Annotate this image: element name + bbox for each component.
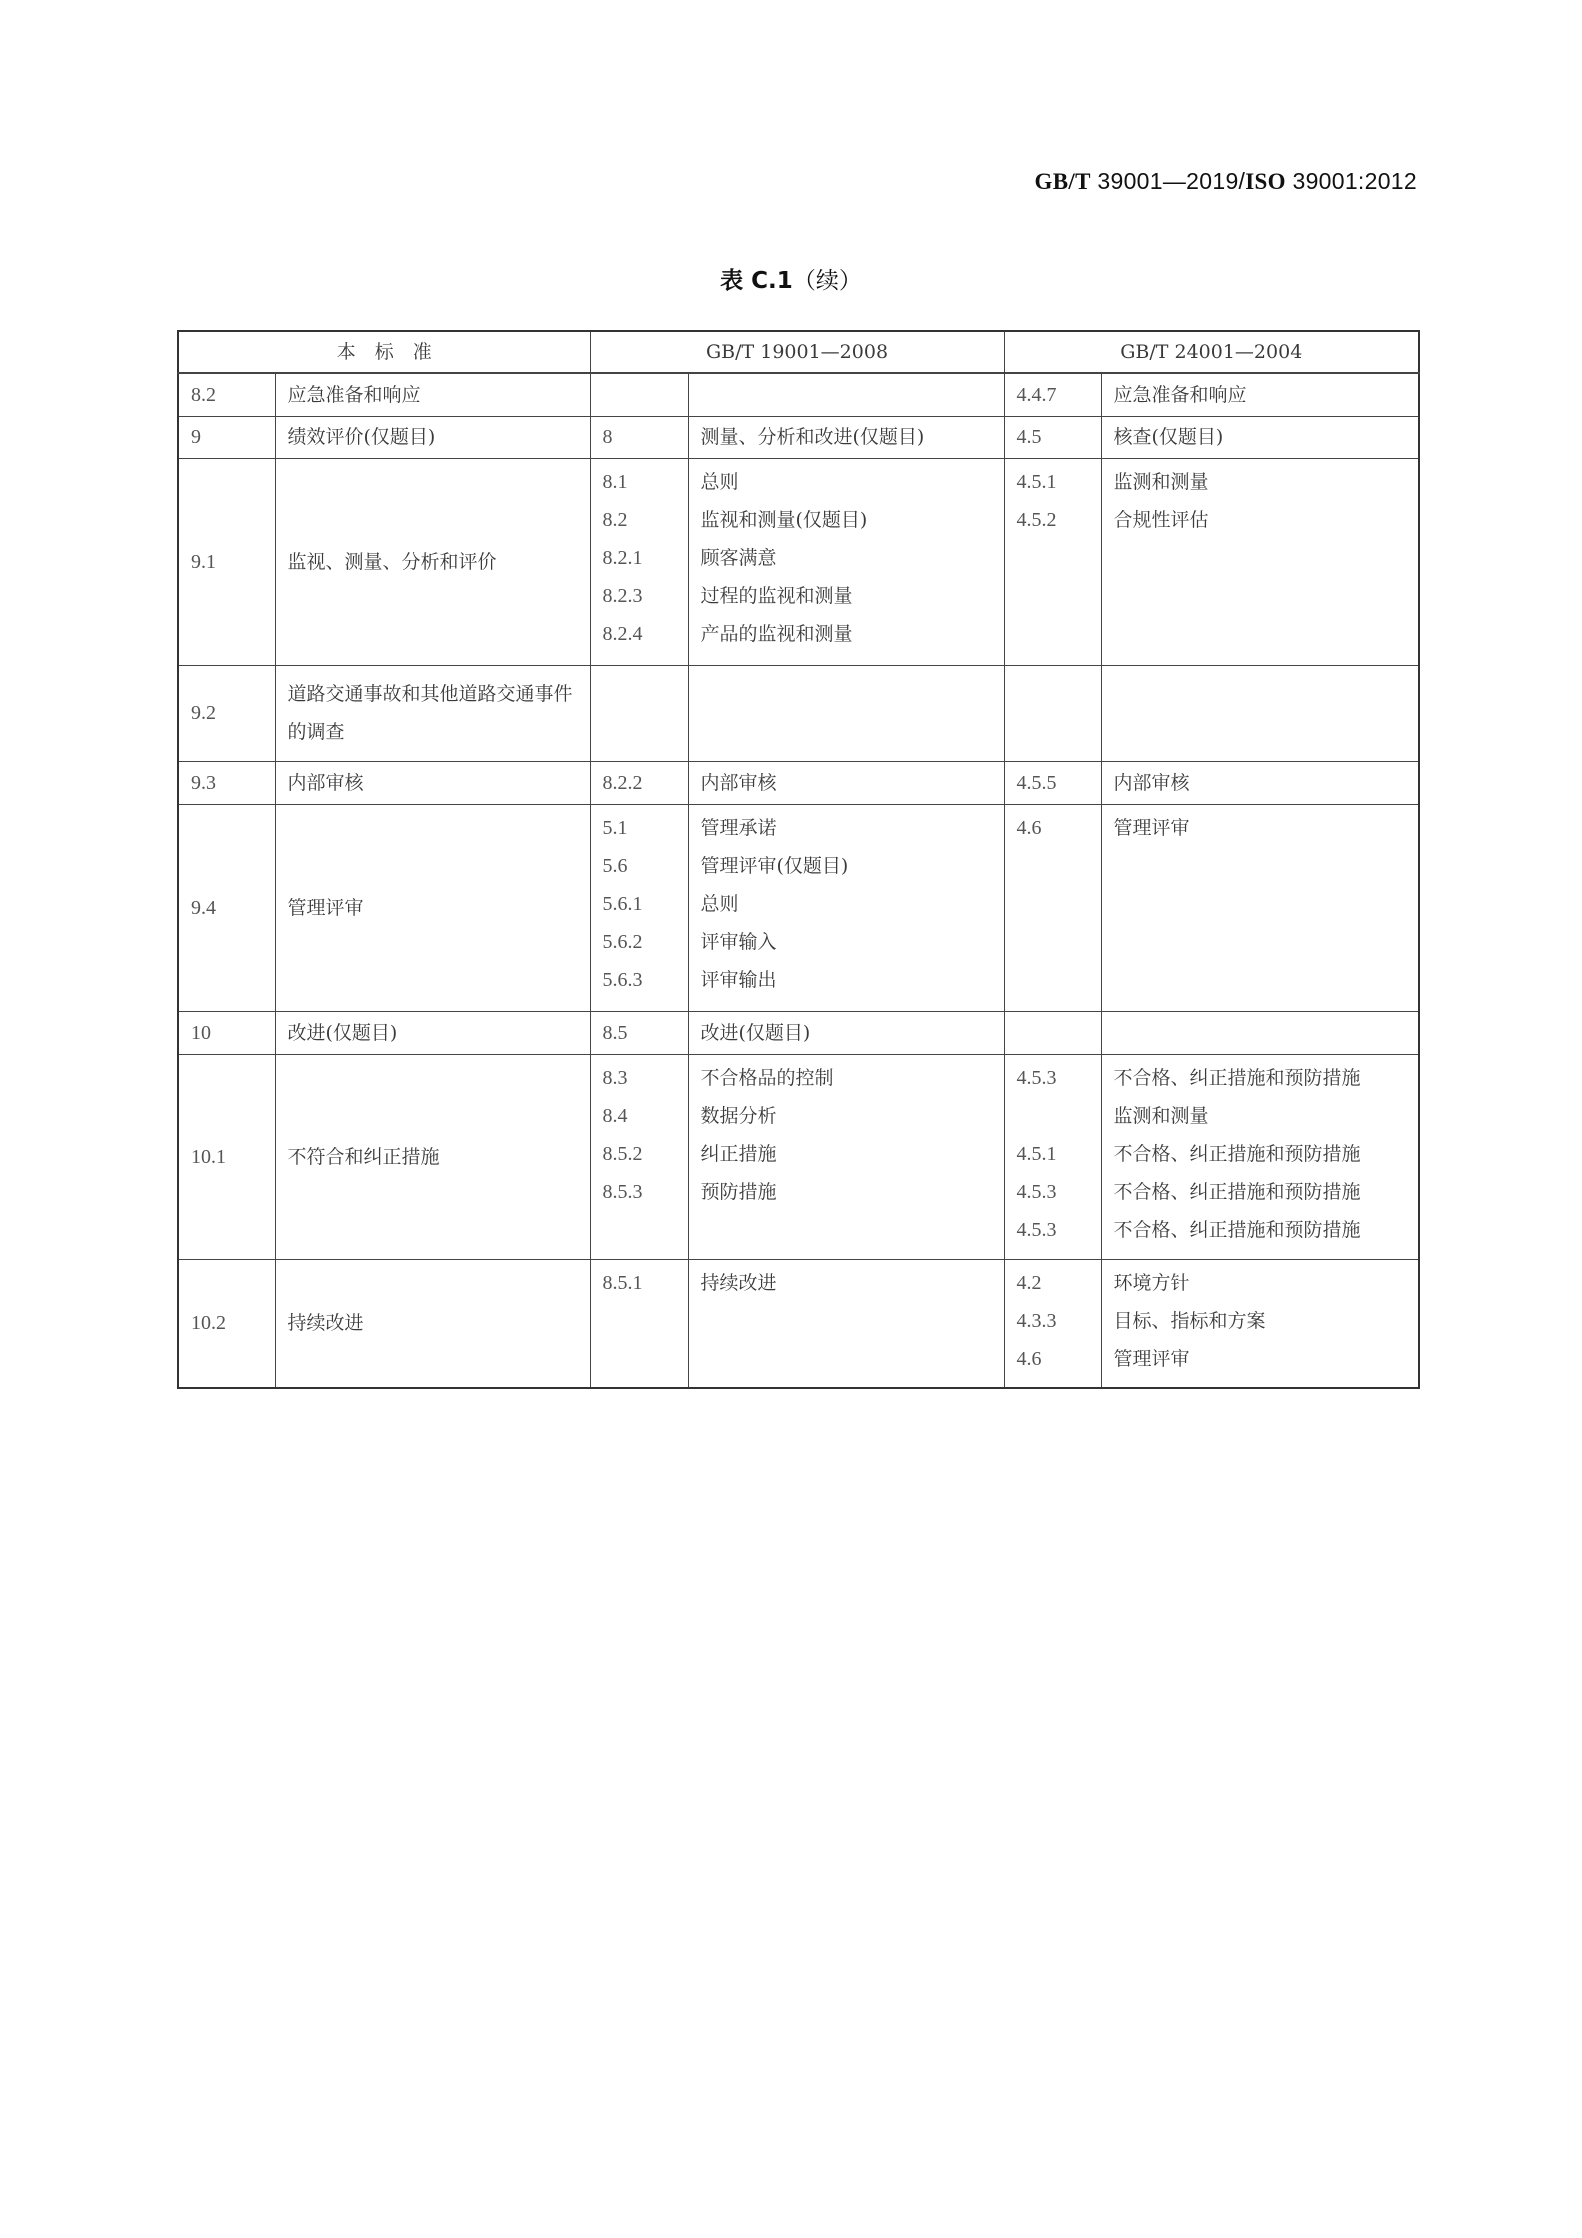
header-gb19001: GB/T 19001—2008: [590, 331, 1004, 373]
gb19001-clause-title: 顾客满意: [701, 539, 992, 577]
gb24001-clause-number: 4.5.2: [1017, 501, 1089, 539]
this-standard-clause-number: 9: [178, 416, 275, 458]
this-standard-clause-number: 9.2: [178, 665, 275, 761]
gb19001-clause-number: 8.5.3: [603, 1173, 676, 1211]
gb24001-clause-numbers: 4.4.7: [1004, 373, 1101, 416]
this-standard-clause-title: 内部审核: [275, 761, 590, 804]
gb19001-clause-title: 总则: [701, 885, 992, 923]
gb19001-clause-number: 5.6.1: [603, 885, 676, 923]
gb19001-clause-titles: 总则监视和测量(仅题目)顾客满意过程的监视和测量产品的监视和测量: [688, 458, 1004, 665]
gb19001-clause-number: 8.5: [603, 1014, 676, 1052]
this-standard-clause-title: 持续改进: [275, 1259, 590, 1388]
this-standard-clause-number: 10.2: [178, 1259, 275, 1388]
iso-label: ISO: [1245, 169, 1286, 194]
gb19001-clause-numbers: 8.5: [590, 1011, 688, 1054]
gb19001-clause-number: 5.6.3: [603, 961, 676, 999]
gb19001-clause-number: 8.4: [603, 1097, 676, 1135]
this-standard-clause-title: 改进(仅题目): [275, 1011, 590, 1054]
gb24001-clause-numbers: 4.5.34.5.14.5.34.5.3: [1004, 1054, 1101, 1259]
gb19001-clause-titles: 内部审核: [688, 761, 1004, 804]
gb19001-clause-title: 内部审核: [701, 764, 992, 802]
gb19001-clause-number: 8: [603, 418, 676, 456]
gb19001-clause-numbers: [590, 373, 688, 416]
document-header: GB/T 39001—2019/ISO 39001:2012: [1035, 168, 1417, 195]
table-row: 10.2持续改进8.5.1持续改进4.24.3.34.6环境方针目标、指标和方案…: [178, 1259, 1419, 1388]
gb24001-clause-numbers: 4.5.5: [1004, 761, 1101, 804]
gb24001-clause-numbers: [1004, 665, 1101, 761]
correspondence-table: 本 标 准 GB/T 19001—2008 GB/T 24001—2004 8.…: [177, 330, 1420, 1389]
this-standard-clause-title: 道路交通事故和其他道路交通事件的调查: [275, 665, 590, 761]
gb19001-clause-titles: 持续改进: [688, 1259, 1004, 1388]
gb24001-clause-number: 4.5.3: [1017, 1211, 1089, 1249]
gb24001-clause-titles: 应急准备和响应: [1101, 373, 1419, 416]
gb24001-clause-number: 4.5.5: [1017, 764, 1089, 802]
gb19001-clause-titles: [688, 373, 1004, 416]
gb19001-clause-title: 不合格品的控制: [701, 1059, 992, 1097]
iso-number: 39001:2012: [1286, 168, 1417, 194]
gb19001-clause-number: 8.2.3: [603, 577, 676, 615]
gb19001-clause-title: 管理评审(仅题目): [701, 847, 992, 885]
gb24001-clause-number: 4.6: [1017, 809, 1089, 847]
gb19001-clause-title: 监视和测量(仅题目): [701, 501, 992, 539]
table-row: 9.2道路交通事故和其他道路交通事件的调查: [178, 665, 1419, 761]
table-body: 8.2应急准备和响应4.4.7应急准备和响应9绩效评价(仅题目)8测量、分析和改…: [178, 373, 1419, 1388]
gb24001-clause-number: 4.6: [1017, 1340, 1089, 1378]
gb19001-clause-title: 总则: [701, 463, 992, 501]
gb19001-clause-title: 评审输出: [701, 961, 992, 999]
this-standard-clause-title: 监视、测量、分析和评价: [275, 458, 590, 665]
gb24001-clause-titles: 不合格、纠正措施和预防措施监测和测量不合格、纠正措施和预防措施不合格、纠正措施和…: [1101, 1054, 1419, 1259]
this-standard-clause-title: 不符合和纠正措施: [275, 1054, 590, 1259]
this-standard-clause-title: 管理评审: [275, 804, 590, 1011]
gb24001-clause-title: 目标、指标和方案: [1114, 1302, 1407, 1340]
standard-code: GB/T: [1035, 169, 1091, 194]
table-row: 9.4管理评审5.15.65.6.15.6.25.6.3管理承诺管理评审(仅题目…: [178, 804, 1419, 1011]
gb24001-clause-title: 监测和测量: [1114, 463, 1407, 501]
gb24001-clause-number: 4.4.7: [1017, 376, 1089, 414]
header-this-standard: 本 标 准: [178, 331, 590, 373]
gb19001-clause-titles: [688, 665, 1004, 761]
table-row: 9绩效评价(仅题目)8测量、分析和改进(仅题目)4.5核查(仅题目): [178, 416, 1419, 458]
gb24001-clause-numbers: 4.5: [1004, 416, 1101, 458]
gb24001-clause-title: 不合格、纠正措施和预防措施: [1114, 1135, 1407, 1173]
gb24001-clause-number: 4.5.1: [1017, 463, 1089, 501]
gb19001-clause-title: 预防措施: [701, 1173, 992, 1211]
gb24001-clause-numbers: 4.6: [1004, 804, 1101, 1011]
gb19001-clause-title: 持续改进: [701, 1264, 992, 1302]
gb19001-clause-number: 8.3: [603, 1059, 676, 1097]
gb19001-clause-numbers: [590, 665, 688, 761]
gb24001-clause-titles: [1101, 1011, 1419, 1054]
gb24001-clause-titles: 核查(仅题目): [1101, 416, 1419, 458]
gb24001-clause-number: 4.2: [1017, 1264, 1089, 1302]
gb19001-clause-title: 过程的监视和测量: [701, 577, 992, 615]
gb24001-clause-title: 核查(仅题目): [1114, 418, 1407, 456]
gb24001-clause-title: 不合格、纠正措施和预防措施: [1114, 1173, 1407, 1211]
table-caption: 表 C.1（续）: [0, 262, 1582, 295]
gb19001-clause-number: 5.6: [603, 847, 676, 885]
gb19001-clause-title: 纠正措施: [701, 1135, 992, 1173]
gb19001-clause-numbers: 5.15.65.6.15.6.25.6.3: [590, 804, 688, 1011]
gb19001-clause-title: 改进(仅题目): [701, 1014, 992, 1052]
caption-label: 表 C.1: [720, 268, 793, 294]
gb19001-clause-title: 测量、分析和改进(仅题目): [701, 418, 992, 456]
gb24001-clause-title: 不合格、纠正措施和预防措施: [1114, 1059, 1407, 1097]
gb19001-clause-number: 8.5.1: [603, 1264, 676, 1302]
gb19001-clause-titles: 管理承诺管理评审(仅题目)总则评审输入评审输出: [688, 804, 1004, 1011]
gb24001-clause-title: 管理评审: [1114, 809, 1407, 847]
gb24001-clause-title: 合规性评估: [1114, 501, 1407, 539]
gb19001-clause-numbers: 8.18.28.2.18.2.38.2.4: [590, 458, 688, 665]
gb19001-clause-titles: 不合格品的控制数据分析纠正措施预防措施: [688, 1054, 1004, 1259]
gb24001-clause-numbers: [1004, 1011, 1101, 1054]
gb24001-clause-number: 4.3.3: [1017, 1302, 1089, 1340]
gb19001-clause-title: 评审输入: [701, 923, 992, 961]
table-header-row: 本 标 准 GB/T 19001—2008 GB/T 24001—2004: [178, 331, 1419, 373]
gb19001-clause-number: 8.2.4: [603, 615, 676, 653]
gb24001-clause-number: 4.5: [1017, 418, 1089, 456]
this-standard-clause-title: 应急准备和响应: [275, 373, 590, 416]
gb19001-clause-number: 8.2: [603, 501, 676, 539]
this-standard-clause-number: 10.1: [178, 1054, 275, 1259]
gb19001-clause-numbers: 8.5.1: [590, 1259, 688, 1388]
gb19001-clause-number: 5.1: [603, 809, 676, 847]
gb19001-clause-titles: 改进(仅题目): [688, 1011, 1004, 1054]
gb19001-clause-number: 5.6.2: [603, 923, 676, 961]
gb24001-clause-title: 环境方针: [1114, 1264, 1407, 1302]
this-standard-clause-number: 9.1: [178, 458, 275, 665]
gb24001-clause-number: [1017, 1097, 1089, 1135]
gb24001-clause-titles: 监测和测量合规性评估: [1101, 458, 1419, 665]
gb24001-clause-title: 不合格、纠正措施和预防措施: [1114, 1211, 1407, 1249]
gb19001-clause-number: 8.2.2: [603, 764, 676, 802]
gb24001-clause-title: 应急准备和响应: [1114, 376, 1407, 414]
gb19001-clause-number: 8.5.2: [603, 1135, 676, 1173]
gb24001-clause-titles: 环境方针目标、指标和方案管理评审: [1101, 1259, 1419, 1388]
gb19001-clause-numbers: 8.2.2: [590, 761, 688, 804]
gb19001-clause-title: 管理承诺: [701, 809, 992, 847]
gb19001-clause-title: 数据分析: [701, 1097, 992, 1135]
this-standard-clause-number: 9.3: [178, 761, 275, 804]
gb24001-clause-number: 4.5.1: [1017, 1135, 1089, 1173]
table-row: 9.3内部审核8.2.2内部审核4.5.5内部审核: [178, 761, 1419, 804]
gb19001-clause-numbers: 8: [590, 416, 688, 458]
standard-number: 39001—2019/: [1091, 168, 1246, 194]
gb24001-clause-number: 4.5.3: [1017, 1059, 1089, 1097]
table-row: 9.1监视、测量、分析和评价8.18.28.2.18.2.38.2.4总则监视和…: [178, 458, 1419, 665]
this-standard-clause-title: 绩效评价(仅题目): [275, 416, 590, 458]
gb24001-clause-titles: 内部审核: [1101, 761, 1419, 804]
gb24001-clause-number: 4.5.3: [1017, 1173, 1089, 1211]
gb19001-clause-number: 8.1: [603, 463, 676, 501]
gb24001-clause-title: 监测和测量: [1114, 1097, 1407, 1135]
gb19001-clause-titles: 测量、分析和改进(仅题目): [688, 416, 1004, 458]
gb19001-clause-number: 8.2.1: [603, 539, 676, 577]
this-standard-clause-number: 9.4: [178, 804, 275, 1011]
gb24001-clause-numbers: 4.5.14.5.2: [1004, 458, 1101, 665]
table-row: 8.2应急准备和响应4.4.7应急准备和响应: [178, 373, 1419, 416]
gb19001-clause-numbers: 8.38.48.5.28.5.3: [590, 1054, 688, 1259]
table-row: 10.1不符合和纠正措施8.38.48.5.28.5.3不合格品的控制数据分析纠…: [178, 1054, 1419, 1259]
gb24001-clause-title: 管理评审: [1114, 1340, 1407, 1378]
this-standard-clause-number: 10: [178, 1011, 275, 1054]
caption-suffix: （续）: [793, 268, 862, 294]
gb24001-clause-titles: 管理评审: [1101, 804, 1419, 1011]
gb24001-clause-titles: [1101, 665, 1419, 761]
gb24001-clause-numbers: 4.24.3.34.6: [1004, 1259, 1101, 1388]
table-row: 10改进(仅题目)8.5改进(仅题目): [178, 1011, 1419, 1054]
gb19001-clause-title: 产品的监视和测量: [701, 615, 992, 653]
this-standard-clause-number: 8.2: [178, 373, 275, 416]
gb24001-clause-title: 内部审核: [1114, 764, 1407, 802]
header-gb24001: GB/T 24001—2004: [1004, 331, 1419, 373]
